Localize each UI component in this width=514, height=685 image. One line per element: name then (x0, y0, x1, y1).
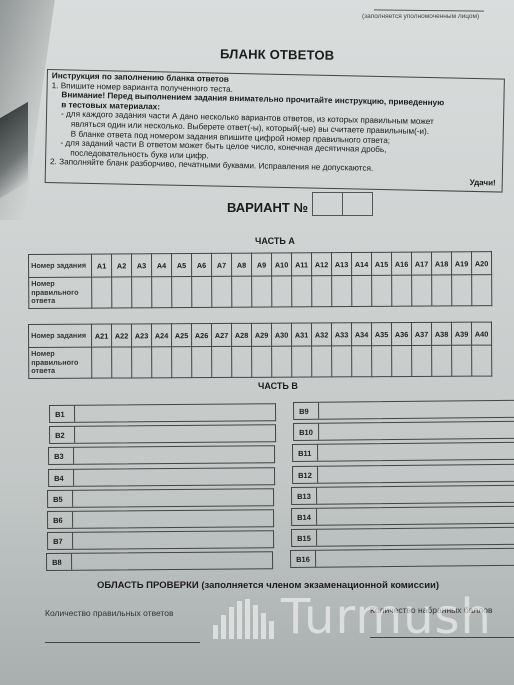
part-b-row: B14 (291, 506, 514, 526)
instruction-2-number: 2. (50, 157, 57, 166)
part-b-row: B9 (293, 400, 514, 420)
answer-cell-a31[interactable] (292, 346, 312, 377)
good-luck-text: Удачи! (470, 178, 496, 188)
task-number-cell: A5 (172, 254, 192, 277)
answer-field-b8[interactable] (72, 553, 272, 571)
part-b-label: B5 (48, 491, 73, 507)
task-number-row: Номер задания A21A22A23A24A25A26A27A28A2… (29, 322, 492, 347)
answer-cell-a35[interactable] (372, 346, 392, 377)
authorized-note: (заполняется уполномоченным лицом) (362, 13, 479, 20)
task-number-cell: A39 (451, 322, 471, 345)
task-number-cell: A7 (211, 253, 231, 276)
task-number-label: Номер задания (29, 324, 92, 347)
task-number-cell: A13 (331, 253, 351, 276)
answer-label: Номер правильного ответа (29, 277, 92, 308)
answer-cell-a9[interactable] (252, 276, 272, 307)
answer-cell-a39[interactable] (452, 345, 472, 376)
task-number-cell: A17 (411, 252, 431, 275)
task-number-cell: A19 (451, 252, 471, 275)
answer-cell-a26[interactable] (192, 347, 212, 378)
part-b-label: B14 (292, 509, 317, 525)
task-number-cell: A33 (331, 323, 351, 346)
answer-cell-a37[interactable] (412, 345, 432, 376)
part-b-label: B3 (49, 448, 74, 464)
answer-field-b1[interactable] (75, 404, 275, 422)
answer-field-b6[interactable] (73, 510, 273, 528)
answer-field-b9[interactable] (319, 401, 514, 419)
answer-cell-a16[interactable] (392, 275, 412, 306)
answer-field-b3[interactable] (74, 447, 274, 465)
part-a-table-2: Номер задания A21A22A23A24A25A26A27A28A2… (28, 322, 492, 379)
answer-cell-a13[interactable] (332, 276, 352, 307)
task-number-cell: A16 (391, 252, 411, 275)
answer-cell-a32[interactable] (312, 346, 332, 377)
answer-cell-a33[interactable] (332, 346, 352, 377)
task-number-cell: A32 (311, 323, 331, 346)
part-b-row: B1 (49, 403, 276, 423)
answer-label: Номер правильного ответа (29, 347, 92, 378)
answer-cell-a36[interactable] (392, 345, 412, 376)
task-number-cell: A25 (172, 324, 192, 347)
variant-label: ВАРИАНТ № (227, 200, 308, 215)
answer-cell-a29[interactable] (252, 346, 272, 377)
variant-number-boxes (312, 192, 372, 216)
task-number-cell: A27 (212, 323, 232, 346)
answer-cell-a1[interactable] (92, 277, 112, 308)
part-b-label: B11 (293, 445, 318, 461)
part-b-row: B5 (47, 488, 274, 508)
answer-cell-a11[interactable] (292, 276, 312, 307)
answer-field-b14[interactable] (317, 507, 514, 525)
part-b-row: B15 (291, 527, 514, 547)
task-number-cell: A4 (152, 254, 172, 277)
answer-row: Номер правильного ответа (29, 275, 492, 309)
instruction-1-number: 1. (52, 81, 59, 90)
answer-field-b7[interactable] (73, 531, 273, 549)
part-b-label: B10 (294, 424, 319, 440)
part-b-row: B16 (290, 548, 514, 568)
answer-field-b4[interactable] (74, 468, 274, 486)
task-number-cell: A30 (271, 323, 291, 346)
part-b-label: B15 (292, 530, 317, 546)
task-number-cell: A6 (192, 253, 212, 276)
task-number-cell: A23 (132, 324, 152, 347)
task-number-cell: A15 (371, 252, 391, 275)
answer-cell-a14[interactable] (352, 275, 372, 306)
part-a-title: ЧАСТЬ А (255, 236, 295, 246)
part-b-row: B8 (46, 552, 273, 572)
answer-field-b16[interactable] (316, 549, 514, 567)
task-number-cell: A26 (192, 324, 212, 347)
part-b-label: B6 (48, 512, 73, 528)
answer-field-b15[interactable] (317, 528, 514, 546)
task-number-cell: A2 (112, 254, 132, 277)
task-number-cell: A20 (471, 252, 491, 275)
watermark-logo-icon (213, 597, 275, 639)
answer-cell-a22[interactable] (112, 347, 132, 378)
answer-field-b13[interactable] (317, 486, 514, 504)
task-number-cell: A28 (231, 323, 251, 346)
task-number-cell: A10 (271, 253, 291, 276)
answer-field-b11[interactable] (318, 443, 514, 461)
task-number-cell: A1 (92, 254, 112, 277)
answer-cell-a30[interactable] (272, 346, 292, 377)
part-b-label: B7 (48, 533, 73, 549)
part-a-table-1: Номер задания A1A2A3A4A5A6A7A8A9A10A11A1… (28, 251, 492, 309)
answer-cell-a28[interactable] (232, 346, 252, 377)
answer-field-b5[interactable] (73, 489, 273, 507)
part-b-row: B10 (293, 421, 514, 441)
answer-cell-a8[interactable] (232, 276, 252, 307)
task-number-cell: A24 (152, 324, 172, 347)
part-b-row: B6 (47, 509, 274, 529)
authorized-signature-line (374, 9, 484, 11)
task-number-cell: A34 (351, 323, 371, 346)
watermark-text: Turmush (281, 595, 492, 639)
answer-cell-a3[interactable] (132, 277, 152, 308)
answer-cell-a7[interactable] (212, 276, 232, 307)
part-b-row: B11 (292, 442, 514, 462)
variant-digit-2-field[interactable] (342, 192, 373, 216)
answer-cell-a4[interactable] (152, 277, 172, 308)
task-number-cell: A11 (291, 253, 311, 276)
answer-cell-a38[interactable] (432, 345, 452, 376)
part-b-row: B13 (291, 485, 514, 505)
answer-cell-a23[interactable] (132, 347, 152, 378)
answer-cell-a27[interactable] (212, 346, 232, 377)
part-b-label: B2 (50, 427, 75, 443)
answer-field-b12[interactable] (318, 464, 514, 482)
variant-digit-1-field[interactable] (312, 192, 343, 216)
task-number-cell: A14 (351, 252, 371, 275)
part-b-label: B13 (292, 488, 317, 504)
answer-row: Номер правильного ответа (29, 345, 492, 378)
answer-cell-a21[interactable] (92, 347, 112, 378)
answer-sheet-paper: (заполняется уполномоченным лицом) БЛАНК… (0, 0, 514, 685)
part-b-label: B16 (291, 551, 316, 567)
part-b-row: B4 (48, 467, 275, 487)
task-number-cell: A29 (251, 323, 271, 346)
task-number-label: Номер задания (29, 254, 92, 277)
task-number-cell: A12 (311, 253, 331, 276)
part-b-label: B4 (49, 469, 74, 485)
answer-cell-a2[interactable] (112, 277, 132, 308)
correct-count-label: Количество правильных ответов (45, 608, 173, 618)
answer-cell-a12[interactable] (312, 276, 332, 307)
part-b-row: B7 (47, 530, 274, 550)
part-b-label: B12 (293, 466, 318, 482)
answer-cell-a19[interactable] (452, 275, 472, 306)
part-b-row: B2 (49, 424, 276, 444)
answer-cell-a25[interactable] (172, 347, 192, 378)
answer-cell-a5[interactable] (172, 277, 192, 308)
answer-cell-a34[interactable] (352, 346, 372, 377)
part-b-label: B1 (50, 406, 75, 422)
answer-cell-a15[interactable] (372, 275, 392, 306)
task-number-cell: A22 (112, 324, 132, 347)
part-b-label: B8 (47, 554, 72, 570)
task-number-cell: A18 (431, 252, 451, 275)
part-b-row: B3 (48, 446, 275, 466)
answer-cell-a17[interactable] (412, 275, 432, 306)
task-number-cell: A21 (92, 324, 112, 347)
answer-cell-a20[interactable] (472, 275, 492, 306)
answer-cell-a10[interactable] (272, 276, 292, 307)
task-number-cell: A3 (132, 254, 152, 277)
task-number-cell: A40 (471, 322, 491, 345)
task-number-cell: A35 (371, 323, 391, 346)
answer-cell-a40[interactable] (472, 345, 492, 376)
part-b-row: B12 (292, 463, 514, 483)
answer-cell-a18[interactable] (432, 275, 452, 306)
part-b-label: B9 (294, 403, 319, 419)
answer-cell-a6[interactable] (192, 276, 212, 307)
part-b-title: ЧАСТЬ В (258, 381, 298, 391)
task-number-cell: A38 (431, 322, 451, 345)
task-number-cell: A31 (291, 323, 311, 346)
watermark: Turmush (213, 595, 492, 639)
task-number-row: Номер задания A1A2A3A4A5A6A7A8A9A10A11A1… (29, 252, 492, 278)
instructions-box: Инструкция по заполнению бланка ответов … (45, 69, 505, 193)
task-number-cell: A37 (411, 322, 431, 345)
page-title: БЛАНК ОТВЕТОВ (220, 46, 334, 63)
task-number-cell: A9 (251, 253, 271, 276)
task-number-cell: A36 (391, 322, 411, 345)
correct-count-line[interactable] (45, 642, 200, 643)
paper-fold-shadow (0, 102, 28, 198)
answer-field-b2[interactable] (75, 425, 275, 443)
answer-field-b10[interactable] (319, 422, 514, 440)
task-number-cell: A8 (231, 253, 251, 276)
answer-cell-a24[interactable] (152, 347, 172, 378)
